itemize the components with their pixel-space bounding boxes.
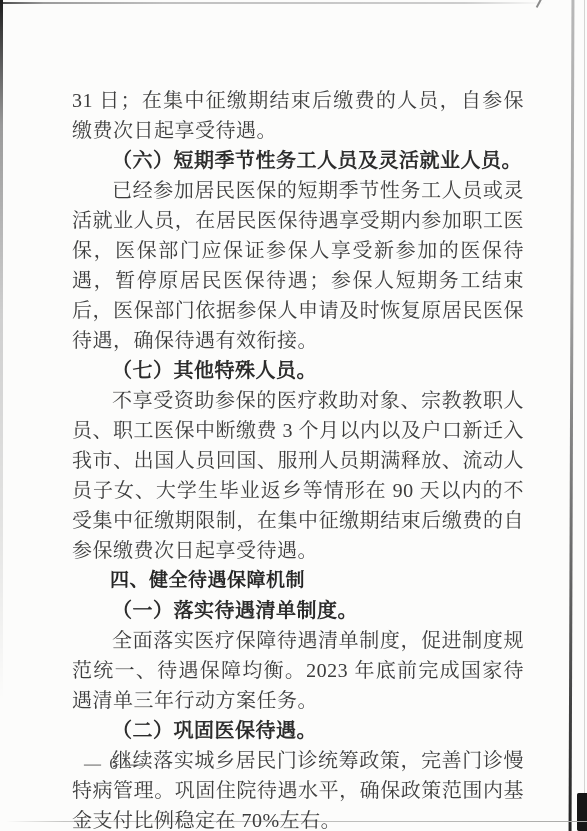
subheading-item-7: （七）其他特殊人员。	[72, 356, 524, 386]
subheading-item-2: （二）巩固医保待遇。	[72, 716, 524, 746]
section-heading-4: 四、健全待遇保障机制	[72, 566, 524, 596]
document-body: 31 日；在集中征缴期结束后缴费的人员，自参保缴费次日起享受待遇。 （六）短期季…	[72, 86, 524, 831]
scan-edge-right-outer-line	[584, 0, 585, 831]
scan-edge-top-line	[0, 2, 546, 4]
paragraph-continued: 31 日；在集中征缴期结束后缴费的人员，自参保缴费次日起享受待遇。	[72, 86, 524, 146]
paragraph-special-persons: 不享受资助参保的医疗救助对象、宗教教职人员、职工医保中断缴费 3 个月以内以及户…	[72, 386, 524, 566]
page-number: — 6 —	[84, 754, 145, 774]
paragraph-benefit-list: 全面落实医疗保障待遇清单制度，促进制度规范统一、待遇保障均衡。2023 年底前完…	[72, 626, 524, 716]
scanned-document-page: 31 日；在集中征缴期结束后缴费的人员，自参保缴费次日起享受待遇。 （六）短期季…	[0, 0, 587, 831]
scan-edge-left-line	[0, 0, 3, 700]
scan-mark-bottom-right	[577, 793, 587, 831]
scan-edge-right-shadow	[569, 0, 575, 831]
paragraph-seasonal-workers: 已经参加居民医保的短期季节性务工人员或灵活就业人员，在居民医保待遇享受期内参加职…	[72, 176, 524, 356]
subheading-item-6: （六）短期季节性务工人员及灵活就业人员。	[72, 146, 524, 176]
subheading-item-1: （一）落实待遇清单制度。	[72, 596, 524, 626]
